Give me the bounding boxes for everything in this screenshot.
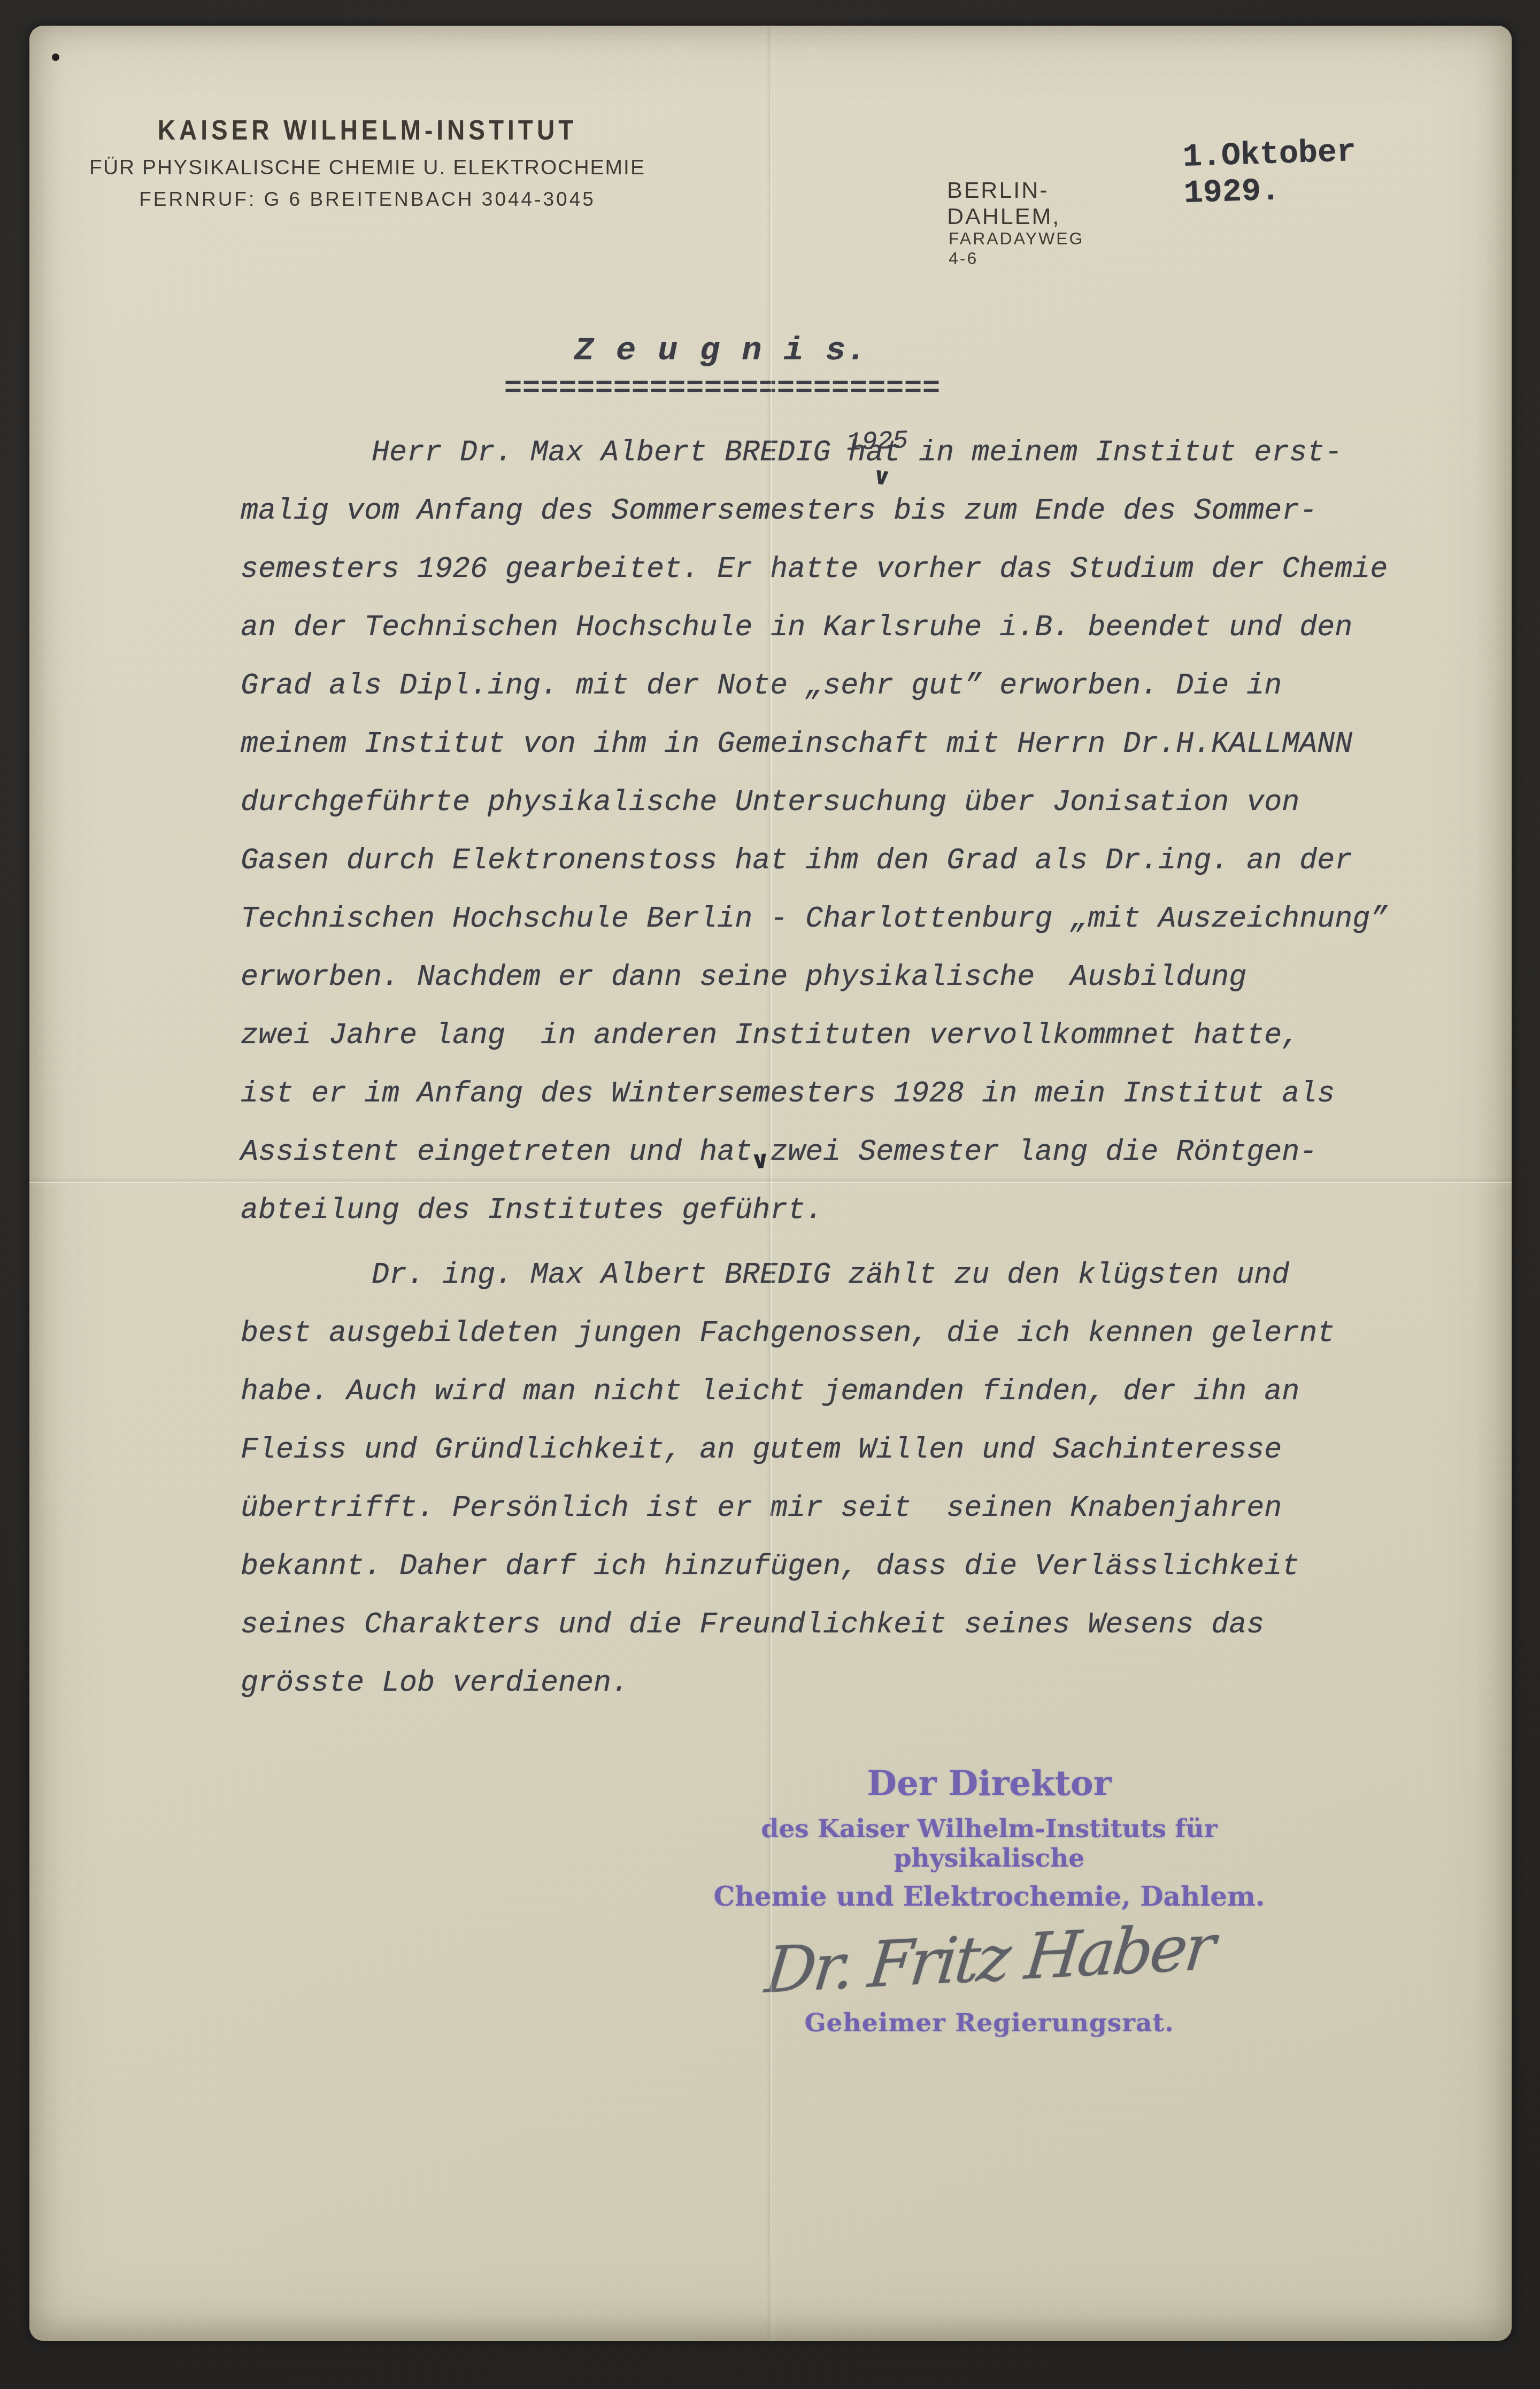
paragraph-2: Dr. ing. Max Albert BREDIG zählt zu den …	[241, 1246, 1470, 1712]
typed-line: erworben. Nachdem er dann seine physikal…	[241, 948, 1470, 1006]
typed-line: Gasen durch Elektronenstoss hat ihm den …	[241, 831, 1470, 890]
typed-line: Grad als Dipl.ing. mit der Note „sehr gu…	[241, 657, 1470, 715]
typed-line: zwei Jahre lang in anderen Instituten ve…	[241, 1006, 1470, 1065]
typed-line: seines Charakters und die Freundlichkeit…	[241, 1596, 1470, 1654]
scan-background: { "colors": { "background": "#282726", "…	[0, 0, 1540, 2389]
typed-date: 1.Oktober 1929.	[1182, 134, 1358, 212]
typed-line: best ausgebildeten jungen Fachgenossen, …	[241, 1304, 1470, 1362]
typed-line: semesters 1926 gearbeitet. Er hatte vorh…	[241, 540, 1470, 598]
typed-line: meinem Institut von ihm in Gemeinschaft …	[241, 715, 1470, 773]
document-title: Z e u g n i s.	[504, 332, 937, 369]
stamp-line-director: Der Direktor	[692, 1763, 1286, 1804]
typed-line: Fleiss und Gründlichkeit, an gutem Wille…	[241, 1421, 1470, 1479]
typed-line: an der Technischen Hochschule in Karlsru…	[241, 598, 1470, 657]
typed-line: übertrifft. Persönlich ist er mir seit s…	[241, 1479, 1470, 1537]
typed-line: bekannt. Daher darf ich hinzufügen, dass…	[241, 1537, 1470, 1596]
typed-line: durchgeführte physikalische Untersuchung…	[241, 773, 1470, 831]
letterhead: KAISER WILHELM-INSTITUT FÜR PHYSIKALISCH…	[68, 115, 667, 211]
typed-line: Dr. ing. Max Albert BREDIG zählt zu den …	[241, 1246, 1470, 1304]
letter-body: Herr Dr. Max Albert BREDIG hat in meinem…	[241, 423, 1470, 1712]
handwritten-signature: Dr. Fritz Haber	[688, 1893, 1291, 2024]
document-page: KAISER WILHELM-INSTITUT FÜR PHYSIKALISCH…	[29, 26, 1512, 2341]
typed-line: malig vom Anfang des Sommersemesters bis…	[241, 482, 1470, 540]
institute-name: KAISER WILHELM-INSTITUT	[68, 114, 667, 146]
inserted-year: 1925	[846, 427, 908, 458]
title-underline: ========================	[504, 372, 937, 405]
umlaut-correction-mark: ∨	[749, 1145, 771, 1175]
horizontal-fold-crease	[29, 1182, 1512, 1183]
document-title-block: Z e u g n i s. ========================	[504, 332, 937, 405]
institute-phone: FERNRUF: G 6 BREITENBACH 3044-3045	[68, 188, 667, 211]
typed-line: grösste Lob verdienen.	[241, 1654, 1470, 1712]
vertical-fold-crease	[771, 26, 772, 2341]
typed-line: Assistent eingetreten und hat zwei Semes…	[241, 1123, 1470, 1181]
insertion-caret-mark: ∨	[871, 462, 893, 491]
city-label: BERLIN-DAHLEM,	[947, 178, 1060, 230]
typed-line: Technischen Hochschule Berlin - Charlott…	[241, 890, 1470, 948]
institute-subtitle: FÜR PHYSIKALISCHE CHEMIE U. ELEKTROCHEMI…	[68, 156, 667, 180]
street-label: FARADAYWEG 4-6	[949, 229, 1084, 268]
paragraph-1: Herr Dr. Max Albert BREDIG hat in meinem…	[241, 423, 1470, 1239]
signature-block: Der Direktor des Kaiser Wilhelm-Institut…	[692, 1763, 1286, 2038]
typed-line: abteilung des Institutes geführt.	[241, 1181, 1470, 1239]
ink-spot-artifact	[52, 53, 59, 61]
typed-line: ist er im Anfang des Wintersemesters 192…	[241, 1065, 1470, 1123]
stamp-line-institute: des Kaiser Wilhelm-Instituts für physika…	[692, 1814, 1286, 1873]
typed-line: habe. Auch wird man nicht leicht jemande…	[241, 1362, 1470, 1421]
